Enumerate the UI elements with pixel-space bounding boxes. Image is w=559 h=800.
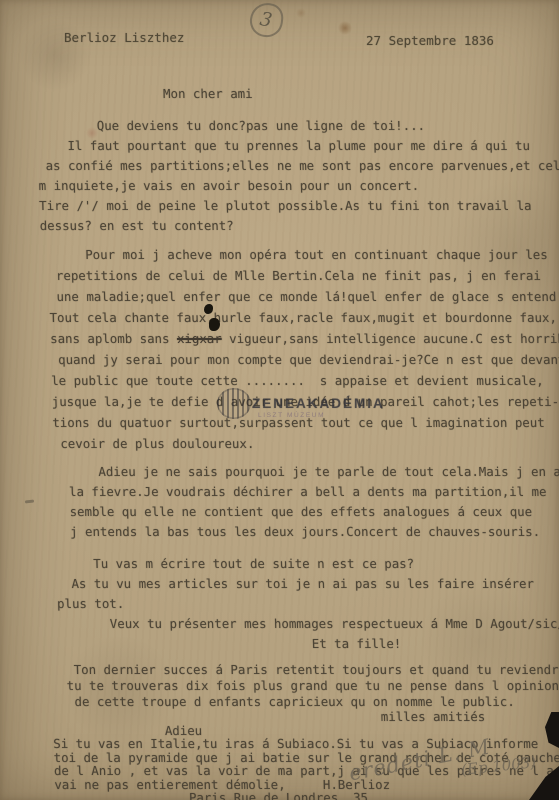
letter-line: Veux tu présenter mes hommages respectue… [50,614,559,634]
archive-stamp-text: ZENEAKADÉMIA [252,396,385,411]
line-text: sans aplomb sans [42,331,177,346]
letter-line: la fievre.Je voudrais déchirer a bell a … [46,482,559,502]
letter-line: le public que toute cette ........ s app… [43,370,559,391]
letter-line: repetitions de celui de Mlle Bertin.Cela… [41,265,559,286]
letter-line: Ton dernier succes á Paris retentit touj… [51,662,559,678]
letter-line: Que deviens tu donc?pas une ligne de toi… [37,116,559,136]
letter-line: Et ta fille! [50,634,559,654]
letter-line: quand jy serai pour mon compte que devie… [43,349,559,370]
letter-line: As tu vu mes articles sur toi je n ai pa… [49,574,559,594]
letter-line: Paris,Rue de Londres 35 [55,791,559,800]
letter-line: Adieu je ne sais pourquoi je te parle de… [46,462,559,482]
letter-line: vai ne pas entierement démolie, H.Berlio… [54,778,559,792]
pencil-margin-mark [25,500,34,504]
letter-line: Tu vas m écrire tout de suite n est ce p… [48,554,559,574]
letter-line: Tire /'/ moi de peine le plutot possible… [39,196,559,216]
letter-date: 27 Septembre 1836 [366,33,494,48]
letter-line: une maladie;quel enfer que ce monde lá!q… [41,286,559,307]
letter-line: plus tot. [49,594,559,614]
letter-line: milles amitiés [52,710,559,724]
letter-line: Tout cela chante faux,hurle faux,racle f… [42,307,559,328]
archive-heading: Berlioz Liszthez [64,30,184,45]
letter-line: as confié mes partitions;elles ne me son… [38,156,559,176]
letter-line: de cette troupe d enfants capricieux qu … [52,694,559,710]
letter-line: Pour moi j acheve mon opéra tout en cont… [40,244,559,265]
struck-word: xigxar [177,331,222,346]
letter-line: sans aplomb sans xigxar vigueur,sans int… [42,328,559,349]
letter-line: Mon cher ami [36,84,559,104]
round-stamp-icon [217,388,251,419]
letter-line: Il faut pourtant que tu prennes la plume… [37,136,559,156]
letter-scan-page: 3 Berlioz Liszthez 27 Septembre 1836 Mon… [0,0,559,800]
line-text: vigueur,sans intelligence aucune.C est h… [222,331,559,346]
letter-line: m inquiete,je vais en avoir besoin pour … [38,176,559,196]
pencil-circled-page-number: 3 [248,1,284,38]
letter-line: j entends la bas tous les deux jours.Con… [47,522,559,542]
letter-line: semble qu elle ne contient que des effet… [47,502,559,522]
archive-stamp-subtext: LISZT MÚZEUM [258,412,325,419]
letter-line: cevoir de plus douloureux. [45,433,559,454]
letter-line: dessus? en est tu content? [39,216,559,236]
letter-line: tu te trouveras dix fois plus grand que … [52,678,559,694]
letter-body: Mon cher ami Que deviens tu donc?pas une… [36,84,559,800]
page-number: 3 [259,8,275,32]
